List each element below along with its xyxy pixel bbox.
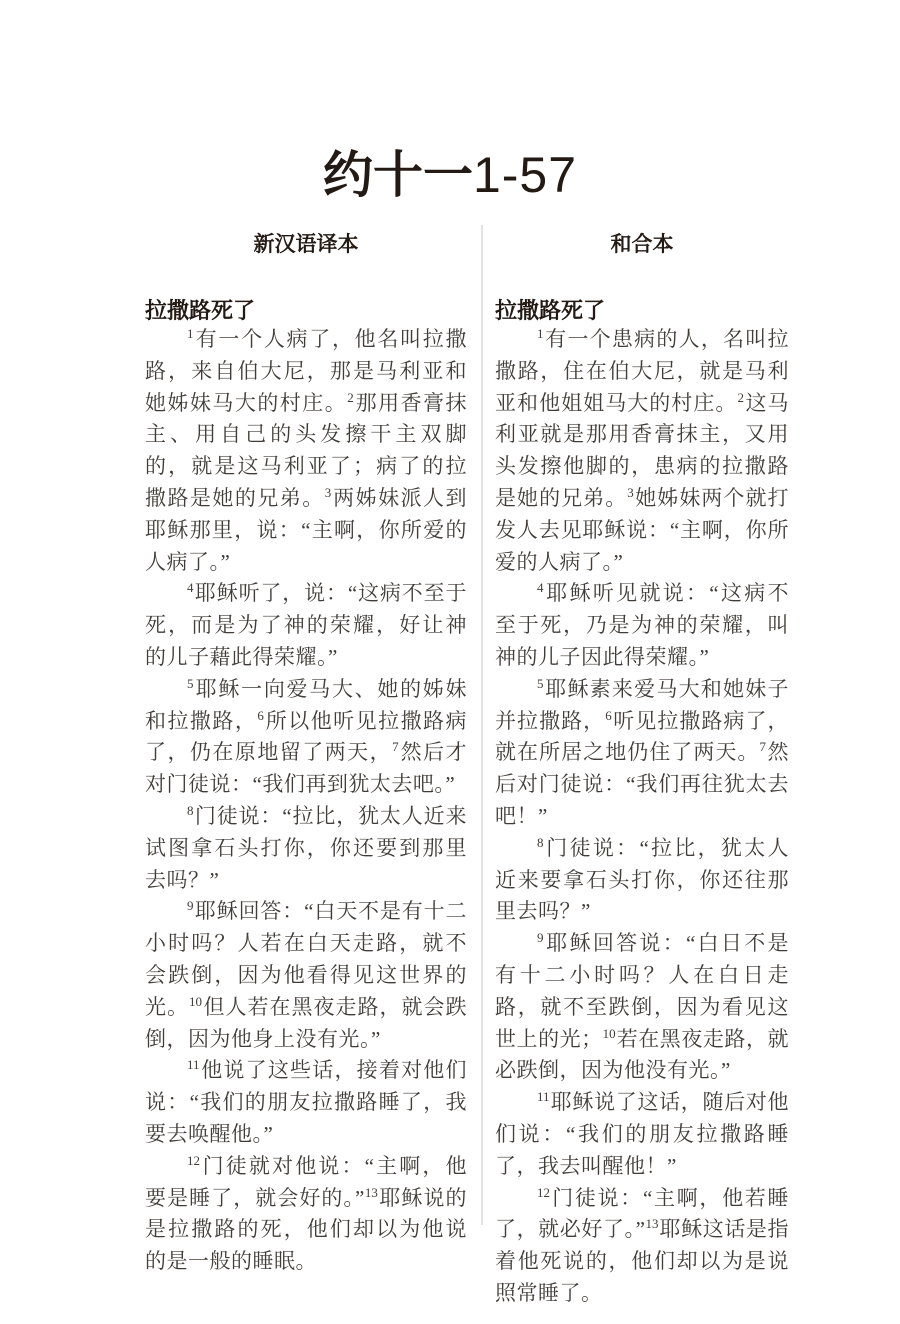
page-title: 约十一1-57 [0,146,900,204]
verse-number: 4 [187,580,195,595]
verse-paragraph: 9耶稣回答：“白天不是有十二小时吗？人若在白天走路，就不会跌倒，因为他看得见这世… [145,896,467,1055]
verse-text-left: 1有一个人病了，他名叫拉撒路，来自伯大尼，那是马利亚和她姊妹马大的村庄。2那用香… [145,324,467,1278]
verse-number: 2 [737,390,745,405]
verse-paragraph: 8门徒说：“拉比，犹太人近来要拿石头打你，你还往那里去吗？” [495,833,789,928]
page-title-book: 约十一 [323,147,473,203]
verse-number: 11 [187,1057,201,1072]
verse-number: 6 [257,708,265,723]
verse-number: 2 [347,390,355,405]
verse-paragraph: 5耶稣一向爱马大、她的姊妹和拉撒路，6所以他听见拉撒路病了，仍在原地留了两天，7… [145,674,467,801]
verse-paragraph: 1有一个人病了，他名叫拉撒路，来自伯大尼，那是马利亚和她姊妹马大的村庄。2那用香… [145,324,467,578]
verse-number: 5 [537,676,545,691]
verse-paragraph: 11耶稣说了这话，随后对他们说：“我们的朋友拉撒路睡了，我去叫醒他！” [495,1087,789,1182]
verse-number: 1 [537,326,545,341]
verse-number: 12 [537,1185,551,1200]
column-union-version: 和合本 拉撒路死了 1有一个患病的人，名叫拉撒路，住在伯大尼，就是马利亚和他姐姐… [495,231,789,1310]
verse-number: 10 [603,1026,617,1041]
page: 约十一1-57 新汉语译本 拉撒路死了 1有一个人病了，他名叫拉撒路，来自伯大尼… [0,0,900,1324]
verse-paragraph: 4耶稣听见就说：“这病不至于死，乃是为神的荣耀，叫神的儿子因此得荣耀。” [495,578,789,673]
verse-paragraph: 9耶稣回答说：“白日不是有十二小时吗？人在白日走路，就不至跌倒，因为看见这世上的… [495,928,789,1087]
verse-text-right: 1有一个患病的人，名叫拉撒路，住在伯大尼，就是马利亚和他姐姐马大的村庄。2这马利… [495,324,789,1310]
verse-paragraph: 12门徒说：“主啊，他若睡了，就必好了。”13耶稣这话是指着他死说的，他们却以为… [495,1183,789,1310]
column-header-union-version: 和合本 [495,231,789,258]
column-header-new-chinese-translation: 新汉语译本 [145,231,467,258]
verse-paragraph: 11他说了这些话，接着对他们说：“我们的朋友拉撒路睡了，我要去唤醒他。” [145,1055,467,1150]
section-heading-right: 拉撒路死了 [495,298,789,324]
verse-paragraph: 5耶稣素来爱马大和她妹子并拉撒路，6听见拉撒路病了，就在所居之地仍住了两天。7然… [495,674,789,833]
verse-number: 7 [759,739,767,754]
verse-number: 13 [365,1185,379,1200]
verse-number: 3 [325,485,333,500]
page-title-verse-range: 1-57 [473,147,577,203]
verse-number: 9 [537,930,545,945]
verse-number: 1 [187,326,195,341]
verse-number: 12 [187,1153,201,1168]
column-new-chinese-translation: 新汉语译本 拉撒路死了 1有一个人病了，他名叫拉撒路，来自伯大尼，那是马利亚和她… [145,231,467,1278]
verse-paragraph: 8门徒说：“拉比，犹太人近来试图拿石头打你，你还要到那里去吗？” [145,801,467,896]
verse-number: 8 [187,803,195,818]
verse-number: 13 [645,1216,659,1231]
verse-number: 4 [537,580,545,595]
verse-number: 8 [537,835,545,850]
verse-number: 5 [187,676,195,691]
verse-number: 9 [187,898,195,913]
verse-paragraph: 4耶稣听了，说：“这病不至于死，而是为了神的荣耀，好让神的儿子藉此得荣耀。” [145,578,467,673]
column-divider [481,225,483,1225]
verse-number: 7 [392,739,400,754]
verse-paragraph: 1有一个患病的人，名叫拉撒路，住在伯大尼，就是马利亚和他姐姐马大的村庄。2这马利… [495,324,789,578]
verse-number: 11 [537,1089,551,1104]
verse-number: 10 [189,994,203,1009]
verse-number: 3 [627,485,635,500]
verse-paragraph: 12门徒就对他说：“主啊，他要是睡了，就会好的。”13耶稣说的是拉撒路的死，他们… [145,1151,467,1278]
verse-number: 6 [605,708,613,723]
section-heading-left: 拉撒路死了 [145,298,467,324]
